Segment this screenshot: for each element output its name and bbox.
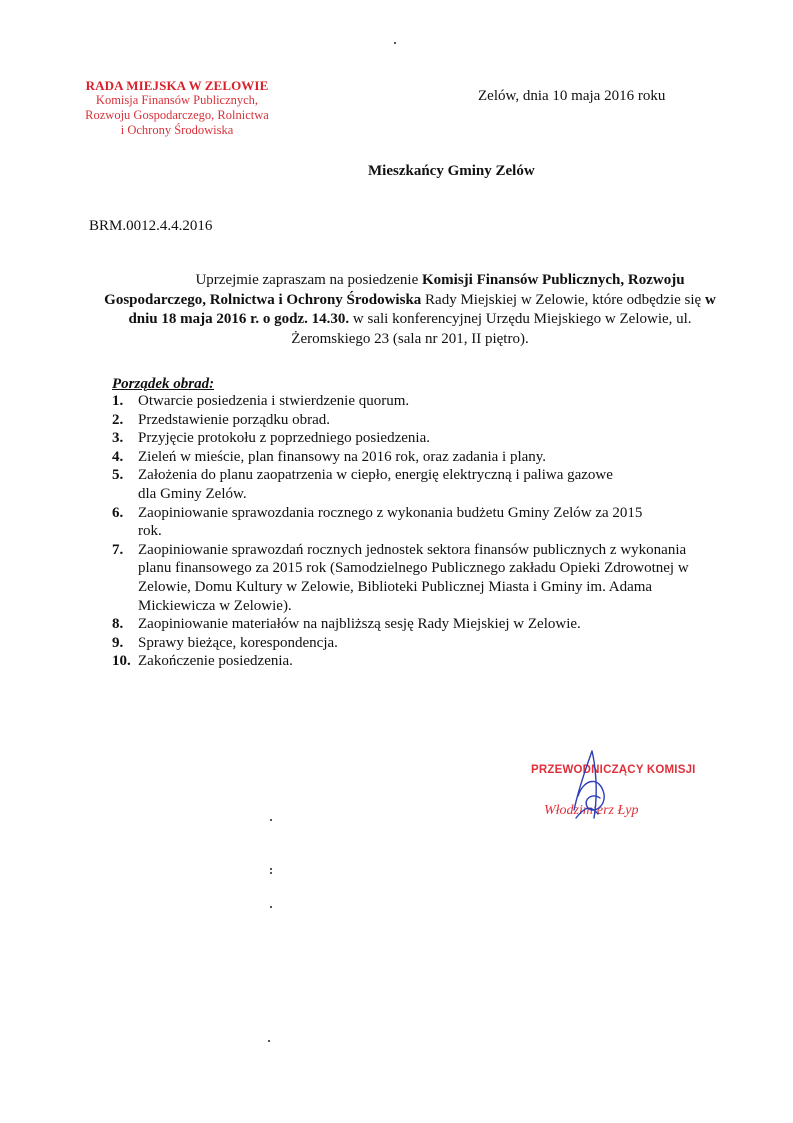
agenda-item: 9.Sprawy bieżące, korespondencja. — [112, 634, 692, 653]
agenda-list: 1.Otwarcie posiedzenia i stwierdzenie qu… — [112, 392, 692, 671]
intro-text-2: Rady Miejskiej w Zelowie, które odbędzie… — [421, 292, 705, 308]
scan-speck — [270, 819, 272, 821]
agenda-item: 4.Zieleń w mieście, plan finansowy na 20… — [112, 448, 692, 467]
intro-text-3: w sali konferencyjnej Urzędu Miejskiego … — [291, 311, 691, 347]
agenda-item: 6.Zaopiniowanie sprawozdania rocznego z … — [112, 504, 692, 541]
agenda-item: 1.Otwarcie posiedzenia i stwierdzenie qu… — [112, 392, 692, 411]
committee-name-line-2: Rozwoju Gospodarczego, Rolnictwa — [52, 108, 302, 123]
council-header-stamp: RADA MIEJSKA W ZELOWIE Komisja Finansów … — [52, 78, 302, 138]
council-name: RADA MIEJSKA W ZELOWIE — [52, 78, 302, 93]
committee-name-line-1: Komisja Finansów Publicznych, — [52, 93, 302, 108]
invitation-paragraph: Uprzejmie zapraszam na posiedzenie Komis… — [90, 271, 730, 349]
scan-speck — [270, 868, 272, 870]
agenda-item: 10.Zakończenie posiedzenia. — [112, 652, 692, 671]
scan-speck — [268, 1040, 270, 1042]
scan-speck — [270, 906, 272, 908]
agenda-title: Porządek obrad: — [112, 376, 214, 393]
agenda-item: 5.Założenia do planu zaopatrzenia w ciep… — [112, 466, 692, 503]
scan-speck — [270, 872, 272, 874]
agenda-item: 2.Przedstawienie porządku obrad. — [112, 411, 692, 430]
agenda-item: 8.Zaopiniowanie materiałów na najbliższą… — [112, 615, 692, 634]
agenda-item: 7.Zaopiniowanie sprawozdań rocznych jedn… — [112, 541, 692, 615]
intro-text-1: Uprzejmie zapraszam na posiedzenie — [195, 272, 422, 288]
recipient: Mieszkańcy Gminy Zelów — [368, 163, 535, 180]
committee-name-line-3: i Ochrony Środowiska — [52, 123, 302, 138]
reference-number: BRM.0012.4.4.2016 — [89, 218, 212, 235]
agenda-item: 3.Przyjęcie protokołu z poprzedniego pos… — [112, 429, 692, 448]
scan-speck — [394, 42, 396, 44]
handwritten-signature-icon — [570, 748, 620, 823]
date-line: Zelów, dnia 10 maja 2016 roku — [478, 88, 665, 105]
